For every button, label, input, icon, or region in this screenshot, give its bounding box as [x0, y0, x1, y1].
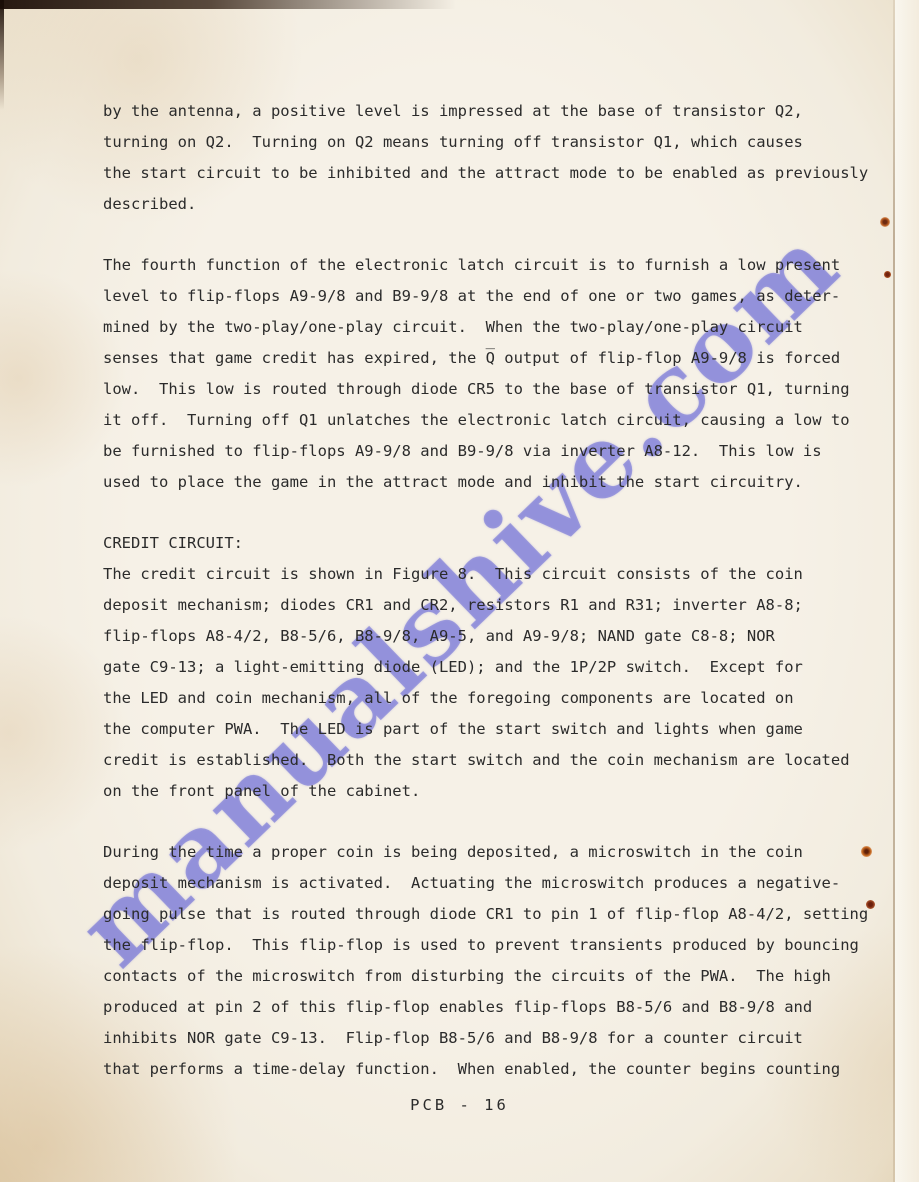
text-line: deposit mechanism is activated. Actuatin… — [103, 868, 863, 899]
text-line: gate C9-13; a light-emitting diode (LED)… — [103, 652, 863, 683]
section-credit-circuit: CREDIT CIRCUIT: The credit circuit is sh… — [103, 528, 863, 807]
paragraph-credit-circuit-body: The credit circuit is shown in Figure 8.… — [103, 559, 863, 807]
paragraph-antenna-latch: by the antenna, a positive level is impr… — [103, 96, 863, 220]
text-line: senses that game credit has expired, the… — [103, 343, 863, 374]
text-line: low. This low is routed through diode CR… — [103, 374, 863, 405]
text-line: During the time a proper coin is being d… — [103, 837, 863, 868]
section-heading: CREDIT CIRCUIT: — [103, 528, 863, 559]
text-line: deposit mechanism; diodes CR1 and CR2, r… — [103, 590, 863, 621]
text-line: it off. Turning off Q1 unlatches the ele… — [103, 405, 863, 436]
text-line: The credit circuit is shown in Figure 8.… — [103, 559, 863, 590]
paragraph-coin-deposit: During the time a proper coin is being d… — [103, 837, 863, 1085]
paper-stain-speck — [884, 271, 891, 278]
page-crease-line — [893, 0, 895, 1182]
paragraph-fourth-function: The fourth function of the electronic la… — [103, 250, 863, 498]
text-line: produced at pin 2 of this flip-flop enab… — [103, 992, 863, 1023]
scanned-manual-page: manualshive.com by the antenna, a positi… — [0, 0, 919, 1182]
text-line: be furnished to flip-flops A9-9/8 and B9… — [103, 436, 863, 467]
text-line: the start circuit to be inhibited and th… — [103, 158, 863, 189]
paper-stain-speck — [880, 217, 890, 227]
text-line: The fourth function of the electronic la… — [103, 250, 863, 281]
text-line: on the front panel of the cabinet. — [103, 776, 863, 807]
text-line: turning on Q2. Turning on Q2 means turni… — [103, 127, 863, 158]
text-line: contacts of the microswitch from disturb… — [103, 961, 863, 992]
text-line: the LED and coin mechanism, all of the f… — [103, 683, 863, 714]
text-line: mined by the two-play/one-play circuit. … — [103, 312, 863, 343]
text-line: credit is established. Both the start sw… — [103, 745, 863, 776]
text-line: going pulse that is routed through diode… — [103, 899, 863, 930]
page-body-text: by the antenna, a positive level is impr… — [103, 96, 863, 1115]
scan-left-edge-shadow — [0, 0, 4, 110]
text-line: described. — [103, 189, 863, 220]
text-line: used to place the game in the attract mo… — [103, 467, 863, 498]
text-line: that performs a time-delay function. Whe… — [103, 1054, 863, 1085]
scan-top-edge-shadow — [0, 0, 470, 9]
text-line: level to flip-flops A9-9/8 and B9-9/8 at… — [103, 281, 863, 312]
text-line: flip-flops A8-4/2, B8-5/6, B8-9/8, A9-5,… — [103, 621, 863, 652]
text-line: by the antenna, a positive level is impr… — [103, 96, 863, 127]
page-right-margin — [895, 0, 919, 1182]
page-number: PCB - 16 — [0, 1096, 919, 1114]
text-line: the computer PWA. The LED is part of the… — [103, 714, 863, 745]
text-line: inhibits NOR gate C9-13. Flip-flop B8-5/… — [103, 1023, 863, 1054]
text-line: the flip-flop. This flip-flop is used to… — [103, 930, 863, 961]
